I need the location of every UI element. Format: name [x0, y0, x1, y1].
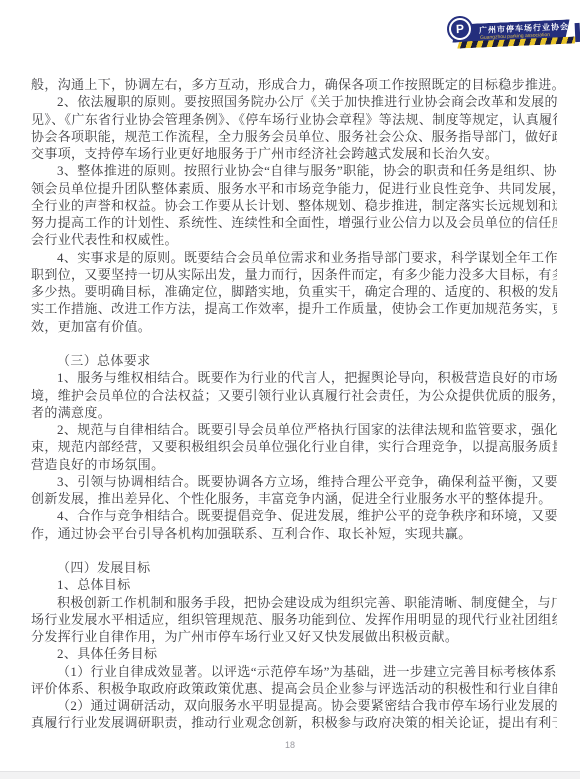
text-line: 2、依法履职的原则。要按照国务院办公厅《关于加快推进行业协会商会改革和发展的若干… — [31, 93, 557, 110]
text-line: 营造良好的市场氛围。 — [31, 456, 557, 473]
text-line: 多少热。要明确目标，准确定位，脚踏实地，负重实干，确定合理的、适度的、积极的发展… — [31, 283, 557, 300]
text-line: 分发挥行业自律作用，为广州市停车场行业又好又快发展做出积极贡献。 — [31, 628, 557, 645]
text-line: （2）通过调研活动，双向服务水平明显提高。协会要紧密结合我市停车场行业发展的实际… — [31, 697, 557, 714]
page-number: 18 — [0, 739, 580, 751]
text-line: 交事项，支持停车场行业更好地服务于广州市经济社会跨越式发展和长治久安。 — [31, 145, 557, 162]
text-line: 努力提高工作的计划性、系统性、连续性和全面性，增强行业公信力以及会员单位的信任度… — [31, 214, 557, 231]
blank-line — [31, 542, 557, 559]
text-line: 1、服务与维权相结合。既要作为行业的代言人，把握舆论导向，积极营造良好的市场服务… — [31, 369, 557, 386]
text-line: 领会员单位提升团队整体素质、服务水平和市场竞争能力，促进行业良性竞争、共同发展，… — [31, 180, 557, 197]
text-line: （四）发展目标 — [31, 559, 557, 576]
text-line: 4、实事求是的原则。既要结合会员单位需求和业务指导部门要求，科学谋划全年工作，确… — [31, 249, 557, 266]
text-line: 会行业代表性和权威性。 — [31, 231, 557, 248]
text-line: 1、总体目标 — [31, 576, 557, 593]
text-line: 效，更加富有价值。 — [31, 318, 557, 335]
text-line: 4、合作与竞争相结合。既要提倡竞争、促进发展，维护公平的竞争秩序和环境，又要鼓励… — [31, 507, 557, 524]
document-page: 广州市停车场行业协会 Guangzhou parking association… — [0, 0, 580, 779]
text-line: 3、整体推进的原则。按照行业协会“自律与服务”职能，协会的职责和任务是组织、协调… — [31, 162, 557, 179]
text-line: （1）行业自律成效显著。以评选“示范停车场”为基础，进一步建立完善目标考核体系和… — [31, 663, 557, 680]
viewer-bottom-edge — [0, 771, 580, 779]
text-line: 评价体系、积极争取政府政策政策优惠、提高会员企业参与评选活动的积极性和行业自律的… — [31, 680, 557, 697]
parking-p-letter: P — [451, 20, 470, 39]
text-line: 境，维护会员单位的合法权益；又要引领行业认真履行社会责任，为公众提供优质的服务，… — [31, 387, 557, 404]
text-line: 全行业的声誉和权益。协会工作要从长计划、整体规划、稳步推进，制定落实长远规划和远… — [31, 197, 557, 214]
text-line: 实工作措施、改进工作方法，提高工作效率，提升工作质量，使协会工作更加规范务实，更… — [31, 300, 557, 317]
text-line: 2、规范与自律相结合。既要引导会员单位严格执行国家的法律法规和监管要求，强化外部… — [31, 421, 557, 438]
text-line: 创新发展，推出差异化、个性化服务，丰富竞争内涵，促进全行业服务水平的整体提升。 — [31, 490, 557, 507]
banner-edge-fragment — [575, 23, 580, 42]
text-line: 作，通过协会平台引导各机构加强联系、互利合作、取长补短，实现共赢。 — [31, 525, 557, 542]
text-line: 场行业发展水平相适应，组织管理规范、服务功能到位、发挥作用明显的现代行业社团组织… — [31, 611, 557, 628]
text-line: 般，沟通上下，协调左右，多方互动，形成合力，确保各项工作按照既定的目标稳步推进。 — [31, 76, 557, 93]
text-line: 3、引领与协调相结合。既要协调各方立场，维持合理公平竞争，确保利益平衡，又要引领… — [31, 473, 557, 490]
text-line: 2、具体任务目标 — [31, 645, 557, 662]
text-line: （三）总体要求 — [31, 352, 557, 369]
association-header-banner: 广州市停车场行业协会 Guangzhou parking association… — [0, 0, 580, 60]
blank-line — [31, 335, 557, 352]
text-line: 者的满意度。 — [31, 404, 557, 421]
text-line: 见》、《广东省行业协会管理条例》、《停车场行业协会章程》等法规、制度等规定，认真… — [31, 111, 557, 128]
document-text-block: 般，沟通上下，协调左右，多方互动，形成合力，确保各项工作按照既定的目标稳步推进。… — [31, 76, 557, 732]
text-line: 积极创新工作机制和服务手段，把协会建设成为组织完善、职能清晰、制度健全，与广州市… — [31, 594, 557, 611]
text-line: 职到位，又要坚持一切从实际出发，量力而行，因条件而定，有多少能力没多大目标，有多… — [31, 266, 557, 283]
text-line: 束，规范内部经营，又要积极组织会员单位强化行业自律，实行合理竞争，以提高服务质量… — [31, 438, 557, 455]
text-line: 真履行行业发展调研职责，推动行业观念创新，积极参与政府决策的相关论证，提出有利于… — [31, 714, 557, 731]
text-line: 协会各项职能，规范工作流程，全力服务会员单位、服务社会公众、服务指导部门，做好政… — [31, 128, 557, 145]
